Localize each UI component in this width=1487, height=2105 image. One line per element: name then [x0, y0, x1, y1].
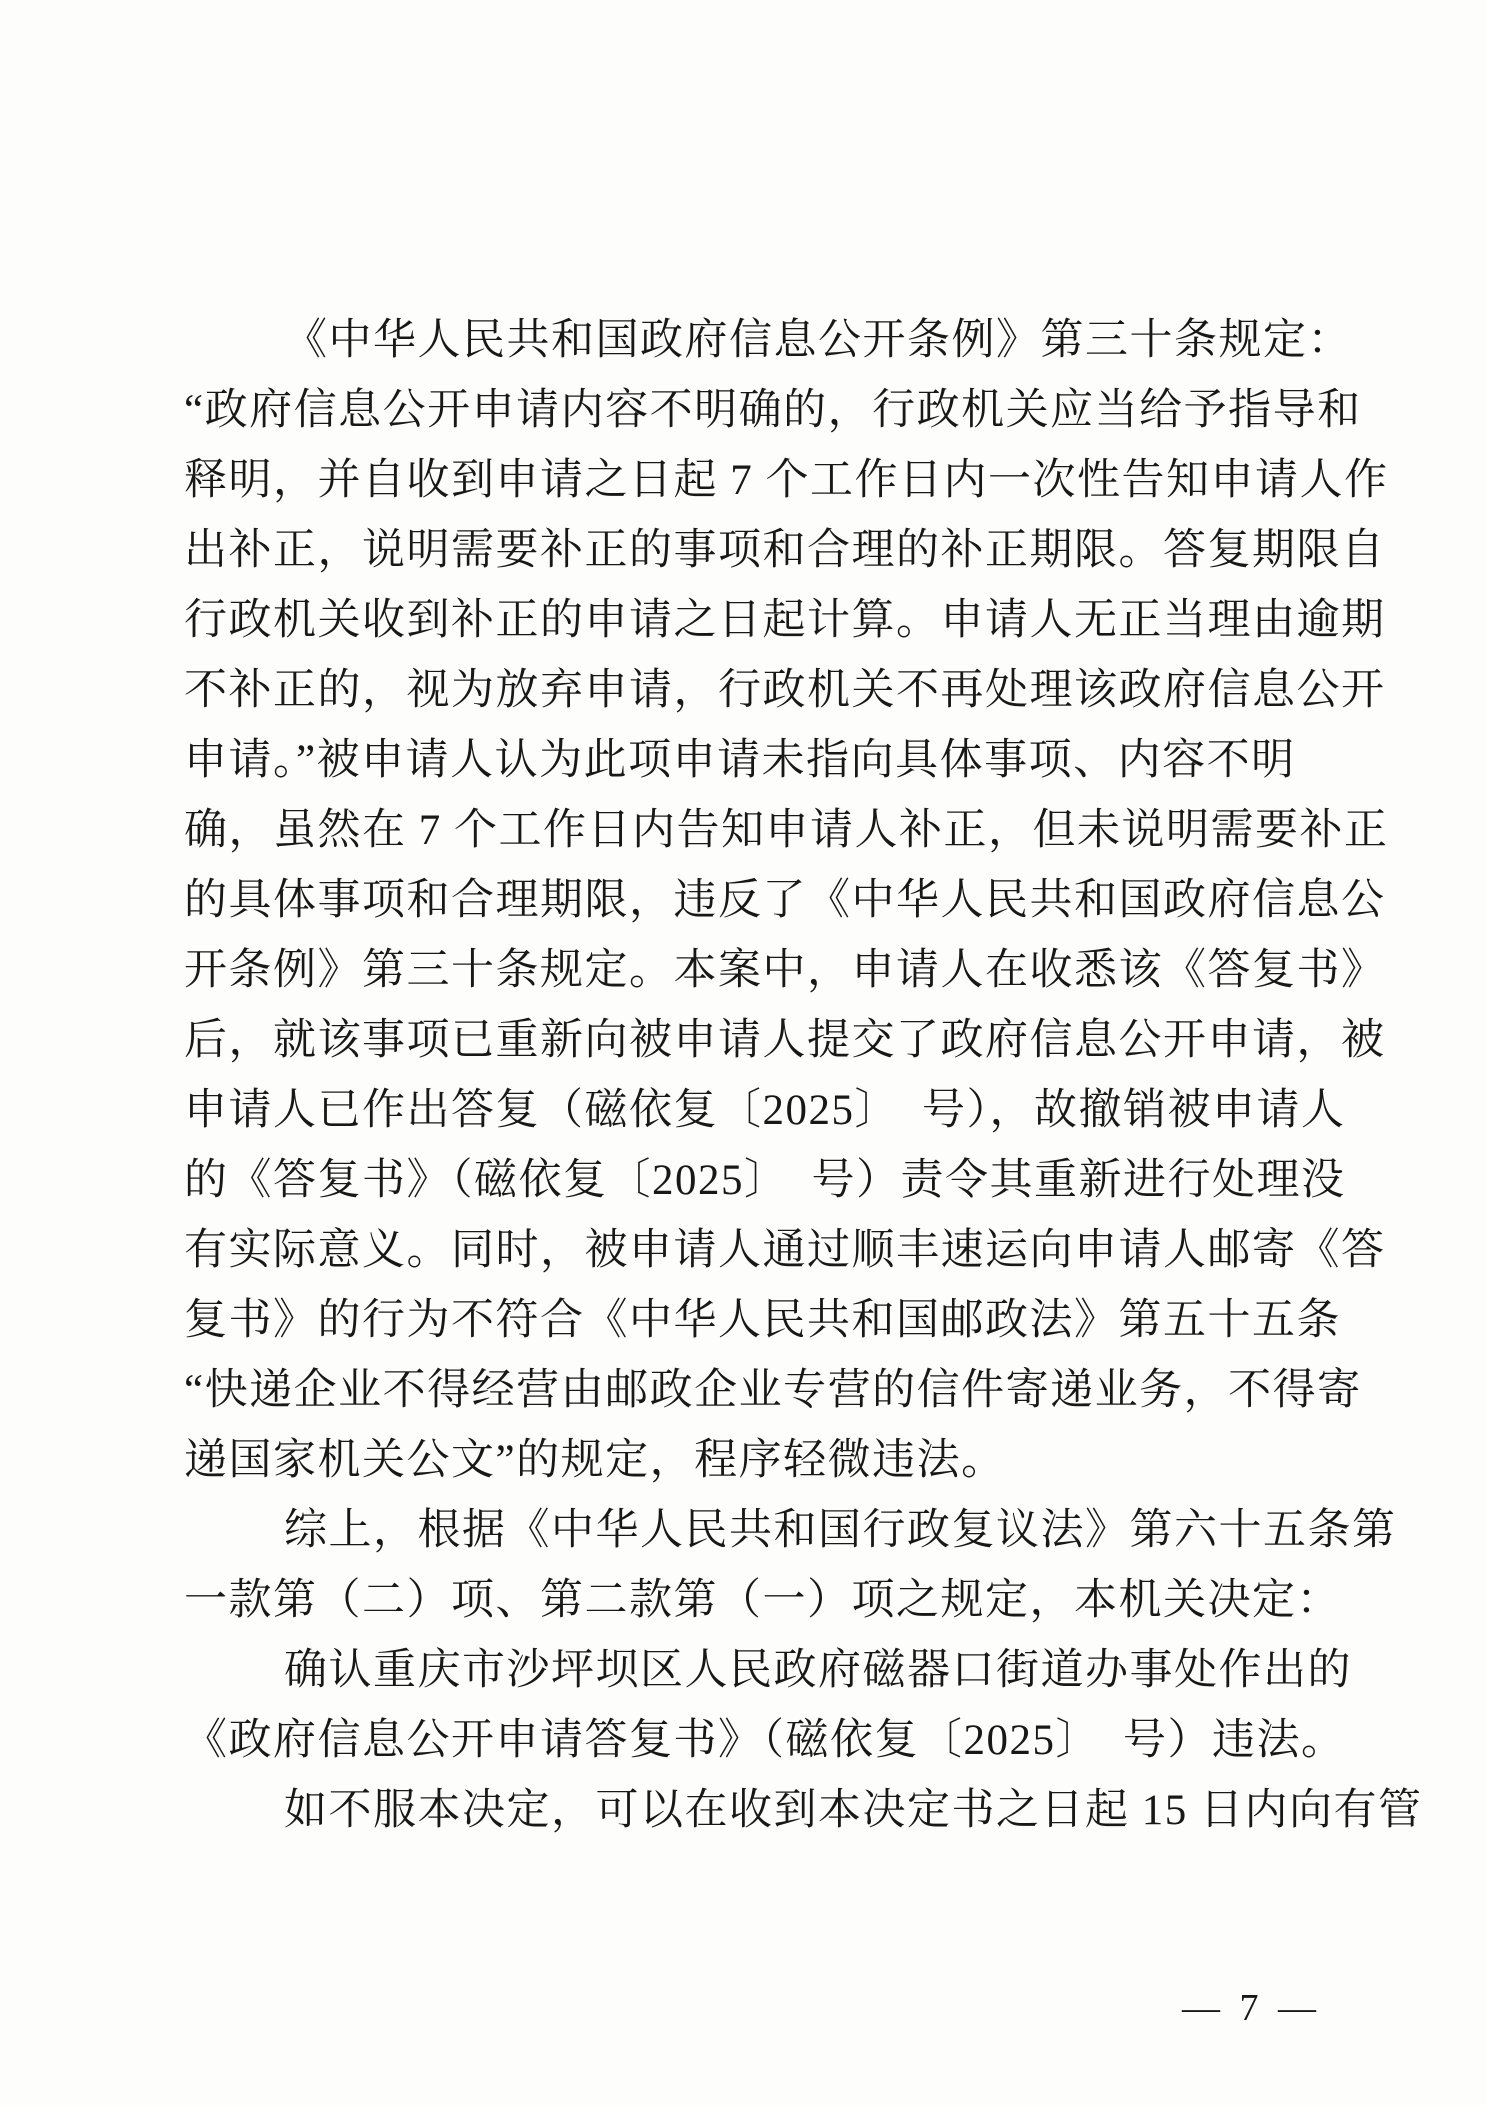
text-line: 出补正，说明需要补正的事项和合理的补正期限。答复期限自	[184, 516, 1348, 586]
text-line: 如不服本决定，可以在收到本决定书之日起 15 日内向有管	[184, 1776, 1348, 1846]
text-line: 的《答复书》（磁依复〔2025〕 号）责令其重新进行处理没	[184, 1146, 1348, 1216]
text-line: 释明，并自收到申请之日起 7 个工作日内一次性告知申请人作	[184, 446, 1348, 516]
document-page: 《中华人民共和国政府信息公开条例》第三十条规定：“政府信息公开申请内容不明确的，…	[0, 0, 1487, 2105]
text-line: 复书》的行为不符合《中华人民共和国邮政法》第五十五条	[184, 1286, 1348, 1356]
text-line: 有实际意义。同时，被申请人通过顺丰速运向申请人邮寄《答	[184, 1216, 1348, 1286]
text-line: 确认重庆市沙坪坝区人民政府磁器口街道办事处作出的	[184, 1636, 1348, 1706]
text-line: 的具体事项和合理期限，违反了《中华人民共和国政府信息公	[184, 866, 1348, 936]
text-line: 开条例》第三十条规定。本案中，申请人在收悉该《答复书》	[184, 936, 1348, 1006]
text-line: 申请人已作出答复（磁依复〔2025〕 号），故撤销被申请人	[184, 1076, 1348, 1146]
text-line: 《政府信息公开申请答复书》（磁依复〔2025〕 号）违法。	[184, 1706, 1348, 1776]
text-line: 后，就该事项已重新向被申请人提交了政府信息公开申请，被	[184, 1006, 1348, 1076]
text-line: 递国家机关公文”的规定，程序轻微违法。	[184, 1426, 1348, 1496]
document-body: 《中华人民共和国政府信息公开条例》第三十条规定：“政府信息公开申请内容不明确的，…	[184, 306, 1348, 1846]
text-line: “快递企业不得经营由邮政企业专营的信件寄递业务，不得寄	[184, 1356, 1348, 1426]
text-line: 不补正的，视为放弃申请，行政机关不再处理该政府信息公开	[184, 656, 1348, 726]
text-line: 一款第（二）项、第二款第（一）项之规定，本机关决定：	[184, 1566, 1348, 1636]
text-line: 行政机关收到补正的申请之日起计算。申请人无正当理由逾期	[184, 586, 1348, 656]
page-number: — 7 —	[1182, 1986, 1321, 2030]
text-line: 申请。”被申请人认为此项申请未指向具体事项、内容不明	[184, 726, 1348, 796]
text-line: “政府信息公开申请内容不明确的，行政机关应当给予指导和	[184, 376, 1348, 446]
text-line: 《中华人民共和国政府信息公开条例》第三十条规定：	[184, 306, 1348, 376]
text-line: 确，虽然在 7 个工作日内告知申请人补正，但未说明需要补正	[184, 796, 1348, 866]
text-line: 综上，根据《中华人民共和国行政复议法》第六十五条第	[184, 1496, 1348, 1566]
